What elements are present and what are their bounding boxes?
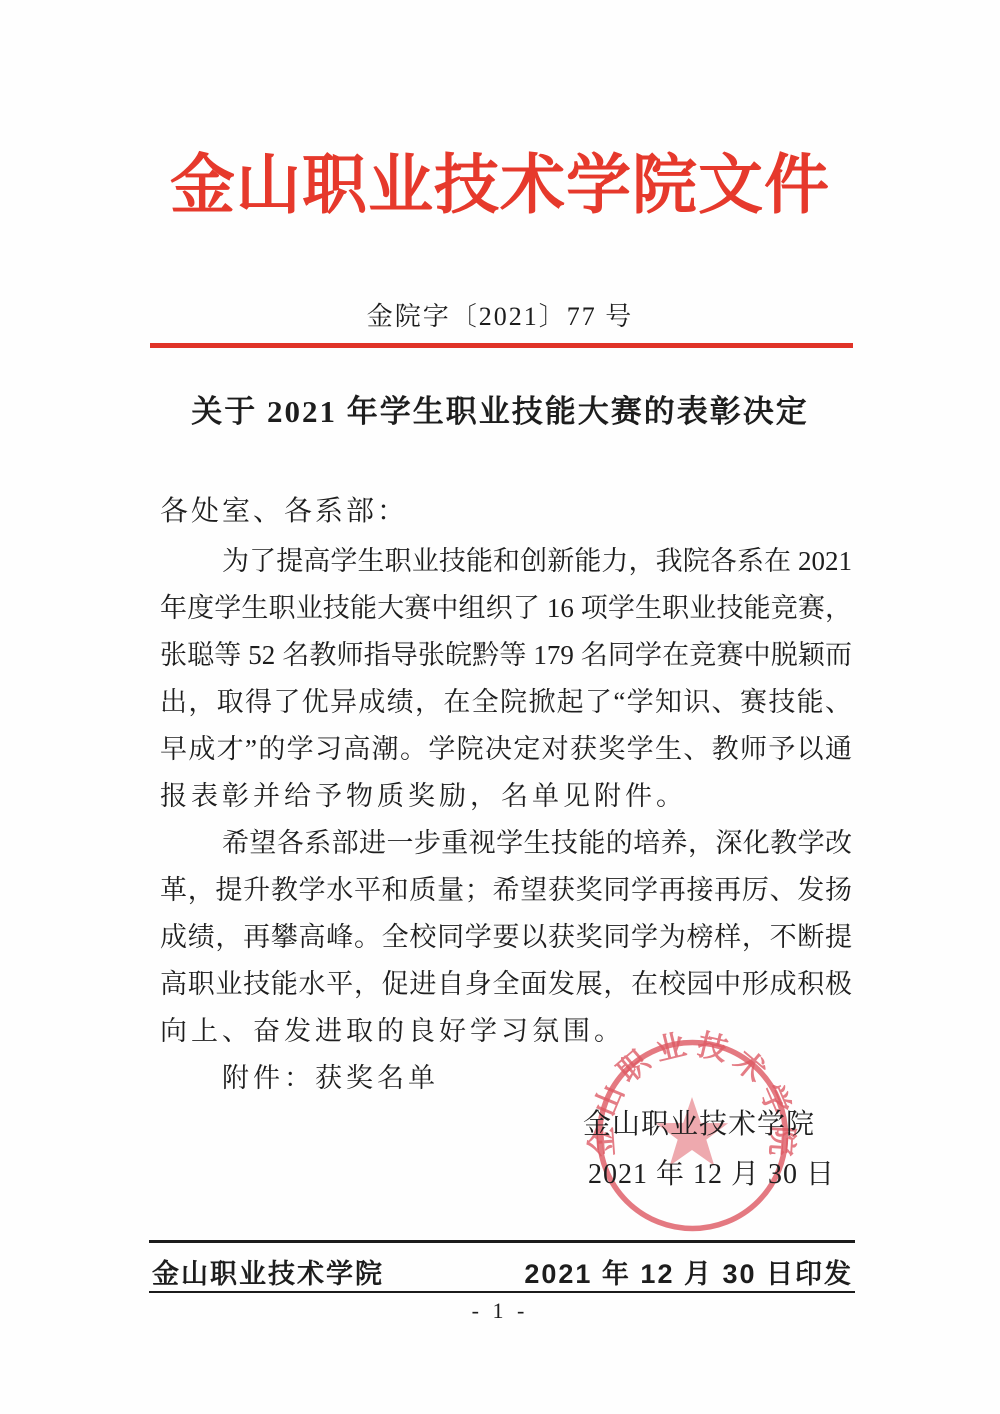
body-line: 高职业技能水平，促进自身全面发展，在校园中形成积极 xyxy=(160,961,852,1008)
document-body: 为了提高学生职业技能和创新能力，我院各系在 2021 年度学生职业技能大赛中组织… xyxy=(160,538,852,1102)
footer-bottom-rule xyxy=(149,1291,855,1293)
footer-print-date: 2021 年 12 月 30 日印发 xyxy=(524,1252,853,1291)
red-divider-rule xyxy=(150,343,853,348)
document-number: 金院字〔2021〕77 号 xyxy=(0,296,1000,333)
body-line: 早成才”的学习高潮。学院决定对获奖学生、教师予以通 xyxy=(160,726,852,773)
document-title: 关于 2021 年学生职业技能大赛的表彰决定 xyxy=(0,386,1000,431)
signature-date: 2021 年 12 月 30 日 xyxy=(588,1152,835,1192)
footer-issuer: 金山职业技术学院 xyxy=(152,1252,384,1291)
body-line: 张聪等 52 名教师指导张皖黔等 179 名同学在竞赛中脱颖而 xyxy=(160,632,852,679)
body-line: 希望各系部进一步重视学生技能的培养，深化教学改 xyxy=(160,820,852,867)
body-line: 报表彰并给予物质奖励，名单见附件。 xyxy=(160,773,852,820)
body-line: 年度学生职业技能大赛中组织了 16 项学生职业技能竞赛， xyxy=(160,585,852,632)
body-line: 革，提升教学水平和质量；希望获奖同学再接再厉、发扬 xyxy=(160,867,852,914)
body-line: 出，取得了优异成绩，在全院掀起了“学知识、赛技能、 xyxy=(160,679,852,726)
page-number: - 1 - xyxy=(0,1298,1000,1324)
signature-organization: 金山职业技术学院 xyxy=(583,1102,815,1142)
document-page: 金山职业技术学院文件 金院字〔2021〕77 号 关于 2021 年学生职业技能… xyxy=(0,0,1000,1414)
red-letterhead-title: 金山职业技术学院文件 xyxy=(0,132,1000,226)
salutation: 各处室、各系部： xyxy=(160,489,408,529)
body-line: 为了提高学生职业技能和创新能力，我院各系在 2021 xyxy=(160,538,852,585)
body-line: 成绩，再攀高峰。全校同学要以获奖同学为榜样，不断提 xyxy=(160,914,852,961)
